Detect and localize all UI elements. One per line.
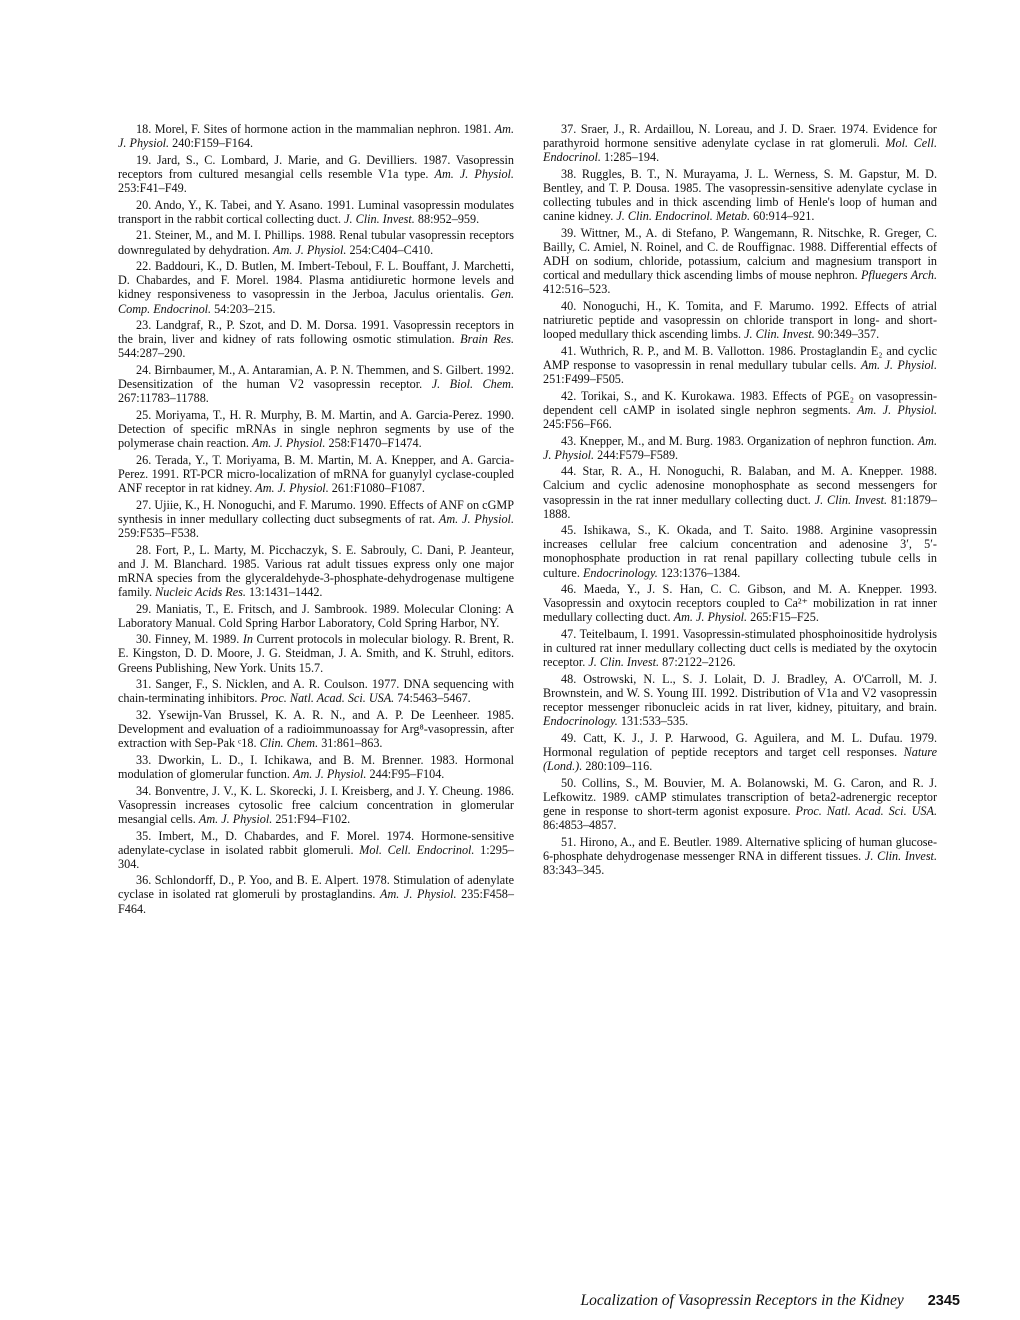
reference-number: 29. bbox=[136, 602, 151, 616]
reference-journal: Pfluegers Arch. bbox=[861, 268, 937, 282]
reference-entry: 48. Ostrowski, N. L., S. J. Lolait, D. J… bbox=[543, 672, 937, 728]
reference-number: 44. bbox=[561, 464, 576, 478]
reference-citation: 240:F159–F164. bbox=[169, 136, 253, 150]
reference-citation: 88:952–959. bbox=[415, 212, 479, 226]
reference-journal: Am. J. Physiol. bbox=[255, 481, 328, 495]
reference-citation: 74:5463–5467. bbox=[394, 691, 471, 705]
reference-journal: Am. J. Physiol. bbox=[674, 610, 747, 624]
reference-entry: 33. Dworkin, L. D., I. Ichikawa, and B. … bbox=[118, 753, 514, 781]
reference-entry: 20. Ando, Y., K. Tabei, and Y. Asano. 19… bbox=[118, 198, 514, 226]
reference-number: 46. bbox=[561, 582, 576, 596]
reference-entry: 40. Nonoguchi, H., K. Tomita, and F. Mar… bbox=[543, 299, 937, 341]
reference-citation: 258:F1470–F1474. bbox=[325, 436, 421, 450]
reference-number: 45. bbox=[561, 523, 576, 537]
reference-entry: 45. Ishikawa, S., K. Okada, and T. Saito… bbox=[543, 523, 937, 579]
reference-citation: 245:F56–F66. bbox=[543, 417, 612, 431]
reference-entry: 49. Catt, K. J., J. P. Harwood, G. Aguil… bbox=[543, 731, 937, 773]
reference-number: 35. bbox=[136, 829, 151, 843]
reference-citation: 131:533–535. bbox=[618, 714, 688, 728]
reference-citation: 31:861–863. bbox=[318, 736, 382, 750]
reference-citation: 90:349–357. bbox=[815, 327, 879, 341]
reference-journal: Am. J. Physiol. bbox=[439, 512, 514, 526]
reference-entry: 41. Wuthrich, R. P., and M. B. Vallotton… bbox=[543, 344, 937, 386]
reference-number: 47. bbox=[561, 627, 576, 641]
reference-body: Morel, F. Sites of hormone action in the… bbox=[155, 122, 495, 136]
reference-journal: J. Clin. Invest. bbox=[588, 655, 659, 669]
reference-journal: J. Clin. Invest. bbox=[815, 493, 887, 507]
reference-entry: 39. Wittner, M., A. di Stefano, P. Wange… bbox=[543, 226, 937, 296]
reference-citation: 87:2122–2126. bbox=[659, 655, 736, 669]
reference-entry: 36. Schlondorff, D., P. Yoo, and B. E. A… bbox=[118, 873, 514, 915]
reference-citation: 83:343–345. bbox=[543, 863, 604, 877]
reference-list-right-column: 37. Sraer, J., R. Ardaillou, N. Loreau, … bbox=[543, 122, 937, 880]
reference-entry: 50. Collins, S., M. Bouvier, M. A. Bolan… bbox=[543, 776, 937, 832]
reference-citation: 244:F579–F589. bbox=[594, 448, 678, 462]
reference-entry: 27. Ujiie, K., H. Nonoguchi, and F. Maru… bbox=[118, 498, 514, 540]
reference-number: 28. bbox=[136, 543, 151, 557]
reference-journal: Am. J. Physiol. bbox=[380, 887, 457, 901]
reference-entry: 19. Jard, S., C. Lombard, J. Marie, and … bbox=[118, 153, 514, 195]
reference-citation: 280:109–116. bbox=[582, 759, 652, 773]
reference-citation: 261:F1080–F1087. bbox=[329, 481, 425, 495]
reference-entry: 26. Terada, Y., T. Moriyama, B. M. Marti… bbox=[118, 453, 514, 495]
reference-entry: 24. Birnbaumer, M., A. Antaramian, A. P.… bbox=[118, 363, 514, 405]
reference-number: 33. bbox=[136, 753, 151, 767]
reference-journal: Proc. Natl. Acad. Sci. USA. bbox=[261, 691, 395, 705]
reference-citation: 251:F499–F505. bbox=[543, 372, 624, 386]
reference-list-left-column: 18. Morel, F. Sites of hormone action in… bbox=[118, 122, 514, 918]
reference-journal: Endocrinology. bbox=[543, 714, 618, 728]
reference-number: 37. bbox=[561, 122, 576, 136]
reference-journal: Clin. Chem. bbox=[260, 736, 319, 750]
reference-number: 43. bbox=[561, 434, 576, 448]
reference-journal: Am. J. Physiol. bbox=[199, 812, 272, 826]
page-number: 2345 bbox=[928, 1293, 960, 1309]
reference-journal: J. Clin. Endocrinol. Metab. bbox=[616, 209, 750, 223]
reference-citation: 265:F15–F25. bbox=[747, 610, 819, 624]
reference-entry: 34. Bonventre, J. V., K. L. Skorecki, J.… bbox=[118, 784, 514, 826]
reference-journal: Am. J. Physiol. bbox=[252, 436, 325, 450]
reference-number: 48. bbox=[561, 672, 576, 686]
reference-citation: 60:914–921. bbox=[750, 209, 814, 223]
reference-citation: 54:203–215. bbox=[211, 302, 275, 316]
reference-journal: Am. J. Physiol. bbox=[857, 403, 937, 417]
reference-entry: 47. Teitelbaum, I. 1991. Vasopressin-sti… bbox=[543, 627, 937, 669]
reference-number: 20. bbox=[136, 198, 151, 212]
reference-number: 49. bbox=[561, 731, 576, 745]
reference-journal: Proc. Natl. Acad. Sci. USA. bbox=[796, 804, 937, 818]
reference-body: Landgraf, R., P. Szot, and D. M. Dorsa. … bbox=[118, 318, 514, 346]
reference-journal: J. Biol. Chem. bbox=[432, 377, 514, 391]
reference-journal: Am. J. Physiol. bbox=[293, 767, 366, 781]
reference-body: Ostrowski, N. L., S. J. Lolait, D. J. Br… bbox=[543, 672, 937, 714]
reference-body: Catt, K. J., J. P. Harwood, G. Aguilera,… bbox=[543, 731, 937, 759]
reference-journal: J. Clin. Invest. bbox=[344, 212, 415, 226]
reference-entry: 28. Fort, P., L. Marty, M. Picchaczyk, S… bbox=[118, 543, 514, 599]
reference-body: Maniatis, T., E. Fritsch, and J. Sambroo… bbox=[118, 602, 514, 630]
reference-journal: Nucleic Acids Res. bbox=[155, 585, 246, 599]
reference-body: Baddouri, K., D. Butlen, M. Imbert-Tebou… bbox=[118, 259, 514, 301]
reference-number: 50. bbox=[561, 776, 576, 790]
reference-entry: 37. Sraer, J., R. Ardaillou, N. Loreau, … bbox=[543, 122, 937, 164]
reference-number: 40. bbox=[561, 299, 576, 313]
reference-number: 24. bbox=[136, 363, 151, 377]
reference-entry: 21. Steiner, M., and M. I. Phillips. 198… bbox=[118, 228, 514, 256]
reference-entry: 30. Finney, M. 1989. In Current protocol… bbox=[118, 632, 514, 674]
reference-number: 31. bbox=[136, 677, 151, 691]
reference-citation: 123:1376–1384. bbox=[658, 566, 741, 580]
reference-journal: J. Clin. Invest. bbox=[744, 327, 815, 341]
reference-citation: 1:285–194. bbox=[601, 150, 659, 164]
reference-number: 42. bbox=[561, 389, 576, 403]
reference-citation: 244:F95–F104. bbox=[366, 767, 444, 781]
reference-citation: 544:287–290. bbox=[118, 346, 185, 360]
reference-citation: 86:4853–4857. bbox=[543, 818, 616, 832]
reference-entry: 23. Landgraf, R., P. Szot, and D. M. Dor… bbox=[118, 318, 514, 360]
reference-citation: 13:1431–1442. bbox=[246, 585, 323, 599]
page-footer: Localization of Vasopressin Receptors in… bbox=[560, 1292, 960, 1310]
reference-number: 38. bbox=[561, 167, 576, 181]
reference-citation: 254:C404–C410. bbox=[346, 243, 433, 257]
reference-number: 32. bbox=[136, 708, 151, 722]
reference-number: 51. bbox=[561, 835, 576, 849]
reference-number: 39. bbox=[561, 226, 576, 240]
reference-journal: J. Clin. Invest. bbox=[865, 849, 937, 863]
reference-journal: Am. J. Physiol. bbox=[861, 358, 937, 372]
reference-citation: 259:F535–F538. bbox=[118, 526, 199, 540]
reference-journal: Am. J. Physiol. bbox=[273, 243, 346, 257]
reference-entry: 25. Moriyama, T., H. R. Murphy, B. M. Ma… bbox=[118, 408, 514, 450]
reference-number: 26. bbox=[136, 453, 151, 467]
reference-number: 34. bbox=[136, 784, 151, 798]
reference-entry: 44. Star, R. A., H. Nonoguchi, R. Balaba… bbox=[543, 464, 937, 520]
reference-citation: 251:F94–F102. bbox=[272, 812, 350, 826]
reference-number: 21. bbox=[136, 228, 151, 242]
reference-entry: 51. Hirono, A., and E. Beutler. 1989. Al… bbox=[543, 835, 937, 877]
reference-number: 18. bbox=[136, 122, 151, 136]
reference-number: 23. bbox=[136, 318, 151, 332]
reference-number: 27. bbox=[136, 498, 151, 512]
reference-journal: In bbox=[243, 632, 253, 646]
reference-entry: 22. Baddouri, K., D. Butlen, M. Imbert-T… bbox=[118, 259, 514, 315]
reference-number: 36. bbox=[136, 873, 151, 887]
reference-entry: 38. Ruggles, B. T., N. Murayama, J. L. W… bbox=[543, 167, 937, 223]
running-title: Localization of Vasopressin Receptors in… bbox=[581, 1292, 904, 1310]
reference-journal: Endocrinology. bbox=[583, 566, 658, 580]
reference-entry: 35. Imbert, M., D. Chabardes, and F. Mor… bbox=[118, 829, 514, 871]
reference-number: 19. bbox=[136, 153, 151, 167]
reference-body: Sraer, J., R. Ardaillou, N. Loreau, and … bbox=[543, 122, 937, 150]
reference-entry: 29. Maniatis, T., E. Fritsch, and J. Sam… bbox=[118, 602, 514, 630]
reference-entry: 32. Ysewijn-Van Brussel, K. A. R. N., an… bbox=[118, 708, 514, 750]
reference-entry: 42. Torikai, S., and K. Kurokawa. 1983. … bbox=[543, 389, 937, 431]
reference-number: 30. bbox=[136, 632, 151, 646]
reference-entry: 31. Sanger, F., S. Nicklen, and A. R. Co… bbox=[118, 677, 514, 705]
reference-entry: 46. Maeda, Y., J. S. Han, C. C. Gibson, … bbox=[543, 582, 937, 624]
reference-journal: Brain Res. bbox=[460, 332, 514, 346]
reference-citation: 253:F41–F49. bbox=[118, 181, 187, 195]
reference-entry: 18. Morel, F. Sites of hormone action in… bbox=[118, 122, 514, 150]
reference-body: Finney, M. 1989. bbox=[155, 632, 243, 646]
reference-citation: 267:11783–11788. bbox=[118, 391, 209, 405]
reference-journal: Am. J. Physiol. bbox=[435, 167, 514, 181]
reference-entry: 43. Knepper, M., and M. Burg. 1983. Orga… bbox=[543, 434, 937, 462]
reference-number: 41. bbox=[561, 344, 576, 358]
reference-journal: Mol. Cell. Endocrinol. bbox=[359, 843, 474, 857]
reference-number: 22. bbox=[136, 259, 151, 273]
reference-number: 25. bbox=[136, 408, 151, 422]
reference-citation: 412:516–523. bbox=[543, 282, 610, 296]
reference-body: Knepper, M., and M. Burg. 1983. Organiza… bbox=[580, 434, 918, 448]
